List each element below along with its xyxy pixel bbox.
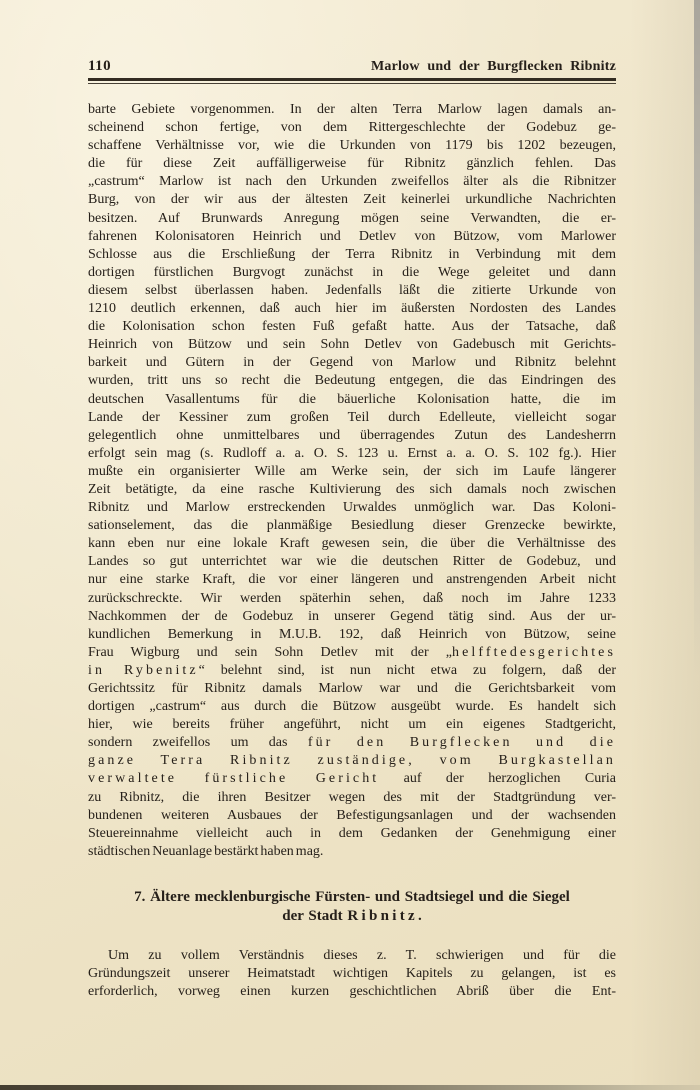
text-line: dortigen fürstlichen Burgvogt zunächst i…	[88, 264, 616, 282]
text-segment: sondern zweifellos um das	[88, 735, 308, 750]
text-line: Heinrich von Bützow und sein Sohn Detlev…	[88, 336, 616, 354]
section-heading: 7. Ältere mecklenburgische Fürsten- und …	[88, 888, 616, 927]
text-line: ganze Terra Ribnitz zuständige, vom Burg…	[88, 752, 616, 770]
body-paragraph-1: barte Gebiete vorgenommen. In der alten …	[88, 101, 616, 861]
page-header: 110 Marlow und der Burgflecken Ribnitz	[88, 58, 616, 75]
text-line: die für diese Zeit auffälligerweise für …	[88, 155, 616, 173]
text-line: verwaltete fürstliche Gericht auf der he…	[88, 770, 616, 788]
text-segment: auf der herzoglichen Curia	[379, 771, 616, 786]
text-line: barte Gebiete vorgenommen. In der alten …	[88, 101, 616, 119]
text-line: Steuereinnahme vielleicht auch in dem Ge…	[88, 825, 616, 843]
text-column: 110 Marlow und der Burgflecken Ribnitz b…	[88, 58, 616, 1001]
text-segment: der Stadt	[282, 908, 347, 924]
text-line: Lande der Kessiner zum großen Teil durch…	[88, 409, 616, 427]
letter-spaced-text: ganze Terra Ribnitz zuständige, vom Burg…	[88, 753, 616, 768]
text-line: „castrum“ Marlow ist nach den Urkunden z…	[88, 173, 616, 191]
letter-spaced-text: verwaltete fürstliche Gericht	[88, 771, 379, 786]
scanned-book-page: 110 Marlow und der Burgflecken Ribnitz b…	[0, 0, 700, 1090]
text-line: kundlichen Bemerkung in M.U.B. 192, daß …	[88, 626, 616, 644]
text-line: wurden, tritt uns so recht die Bedeutung…	[88, 372, 616, 390]
text-line: 7. Ältere mecklenburgische Fürsten- und …	[88, 888, 616, 908]
text-line: der Stadt Ribnitz.	[88, 907, 616, 927]
text-line: deutschen Vasallentums für die bäuerlich…	[88, 391, 616, 409]
text-line: Um zu vollem Verständnis dieses z. T. sc…	[88, 947, 616, 965]
text-line: schaffene Verhältnisse vor, wie die Urku…	[88, 137, 616, 155]
letter-spaced-text: helfftedesgerichtes	[452, 645, 616, 660]
text-line: Zeit betätigte, da eine rasche Kultivier…	[88, 481, 616, 499]
text-line: scheinend schon fertige, von dem Ritterg…	[88, 119, 616, 137]
text-line: gelegentlich ohne unmittelbares und über…	[88, 427, 616, 445]
text-segment: Frau Wigburg und sein Sohn Detlev mit de…	[88, 645, 452, 660]
text-line: Frau Wigburg und sein Sohn Detlev mit de…	[88, 644, 616, 662]
header-rule	[88, 78, 616, 84]
text-line: 1210 deutlich erkennen, daß auch hier im…	[88, 300, 616, 318]
text-line: Burg, von der wir aus der ältesten Zeit …	[88, 191, 616, 209]
text-line: zu Ribnitz, die ihren Besitzer wegen des…	[88, 789, 616, 807]
text-line: Gerichtssitz für Ribnitz damals Marlow w…	[88, 680, 616, 698]
text-line: kann eben nur eine lokale Kraft gewesen …	[88, 535, 616, 553]
scan-edge-right	[694, 0, 700, 676]
header-rule-thick	[88, 78, 616, 81]
text-line: in Rybenitz“ belehnt sind, ist nun nicht…	[88, 662, 616, 680]
text-line: nur eine starke Kraft, die vor einer län…	[88, 571, 616, 589]
text-line: Schlosse aus die Erschließung der Terra …	[88, 246, 616, 264]
text-line: städtischen Neuanlage bestärkt haben mag…	[88, 843, 616, 861]
text-line: mußte ein organisierter Wille am Werke s…	[88, 463, 616, 481]
text-line: Ribnitz und Marlow erstreckenden Urwalde…	[88, 499, 616, 517]
text-line: zurückschreckte. Wir werden späterhin se…	[88, 590, 616, 608]
text-segment: “ belehnt sind, ist nun nicht etwa zu fo…	[199, 663, 616, 678]
text-line: erfolgt sein mag (s. Rudloff a. a. O. S.…	[88, 445, 616, 463]
text-line: Gründungszeit unserer Heimatstadt wichti…	[88, 965, 616, 983]
text-segment: .	[418, 908, 422, 924]
running-title: Marlow und der Burgflecken Ribnitz	[371, 59, 616, 75]
page-number: 110	[88, 58, 111, 75]
text-line: hier, wie bereits früher angeführt, nich…	[88, 716, 616, 734]
body-paragraph-2: Um zu vollem Verständnis dieses z. T. sc…	[88, 947, 616, 1001]
text-line: diesem selbst überlassen haben. Jedenfal…	[88, 282, 616, 300]
text-line: Landes so gut unterrichtet war wie die d…	[88, 553, 616, 571]
scan-edge-bottom	[0, 1085, 700, 1090]
text-line: erforderlich, vorweg einen kurzen geschi…	[88, 983, 616, 1001]
text-line: fahrenen Kolonisatoren Heinrich und Detl…	[88, 228, 616, 246]
letter-spaced-text: für den Burgflecken und die	[308, 735, 616, 750]
text-line: sondern zweifellos um das für den Burgfl…	[88, 734, 616, 752]
text-line: besitzen. Auf Brunwards Anregung mögen s…	[88, 210, 616, 228]
text-line: barkeit und Gütern in der Gegend von Mar…	[88, 354, 616, 372]
header-rule-thin	[88, 83, 616, 84]
text-line: sationselement, das die planmäßige Besie…	[88, 517, 616, 535]
letter-spaced-text: Ribnitz	[347, 908, 418, 924]
text-line: die Kolonisation schon festen Fuß gefaßt…	[88, 318, 616, 336]
letter-spaced-text: in Rybenitz	[88, 663, 199, 678]
text-line: bundenen weiteren Ausbaues der Befestigu…	[88, 807, 616, 825]
text-line: dortigen „castrum“ aus durch die Bützow …	[88, 698, 616, 716]
text-line: Nachkommen der de Godebuz in unserer Geg…	[88, 608, 616, 626]
